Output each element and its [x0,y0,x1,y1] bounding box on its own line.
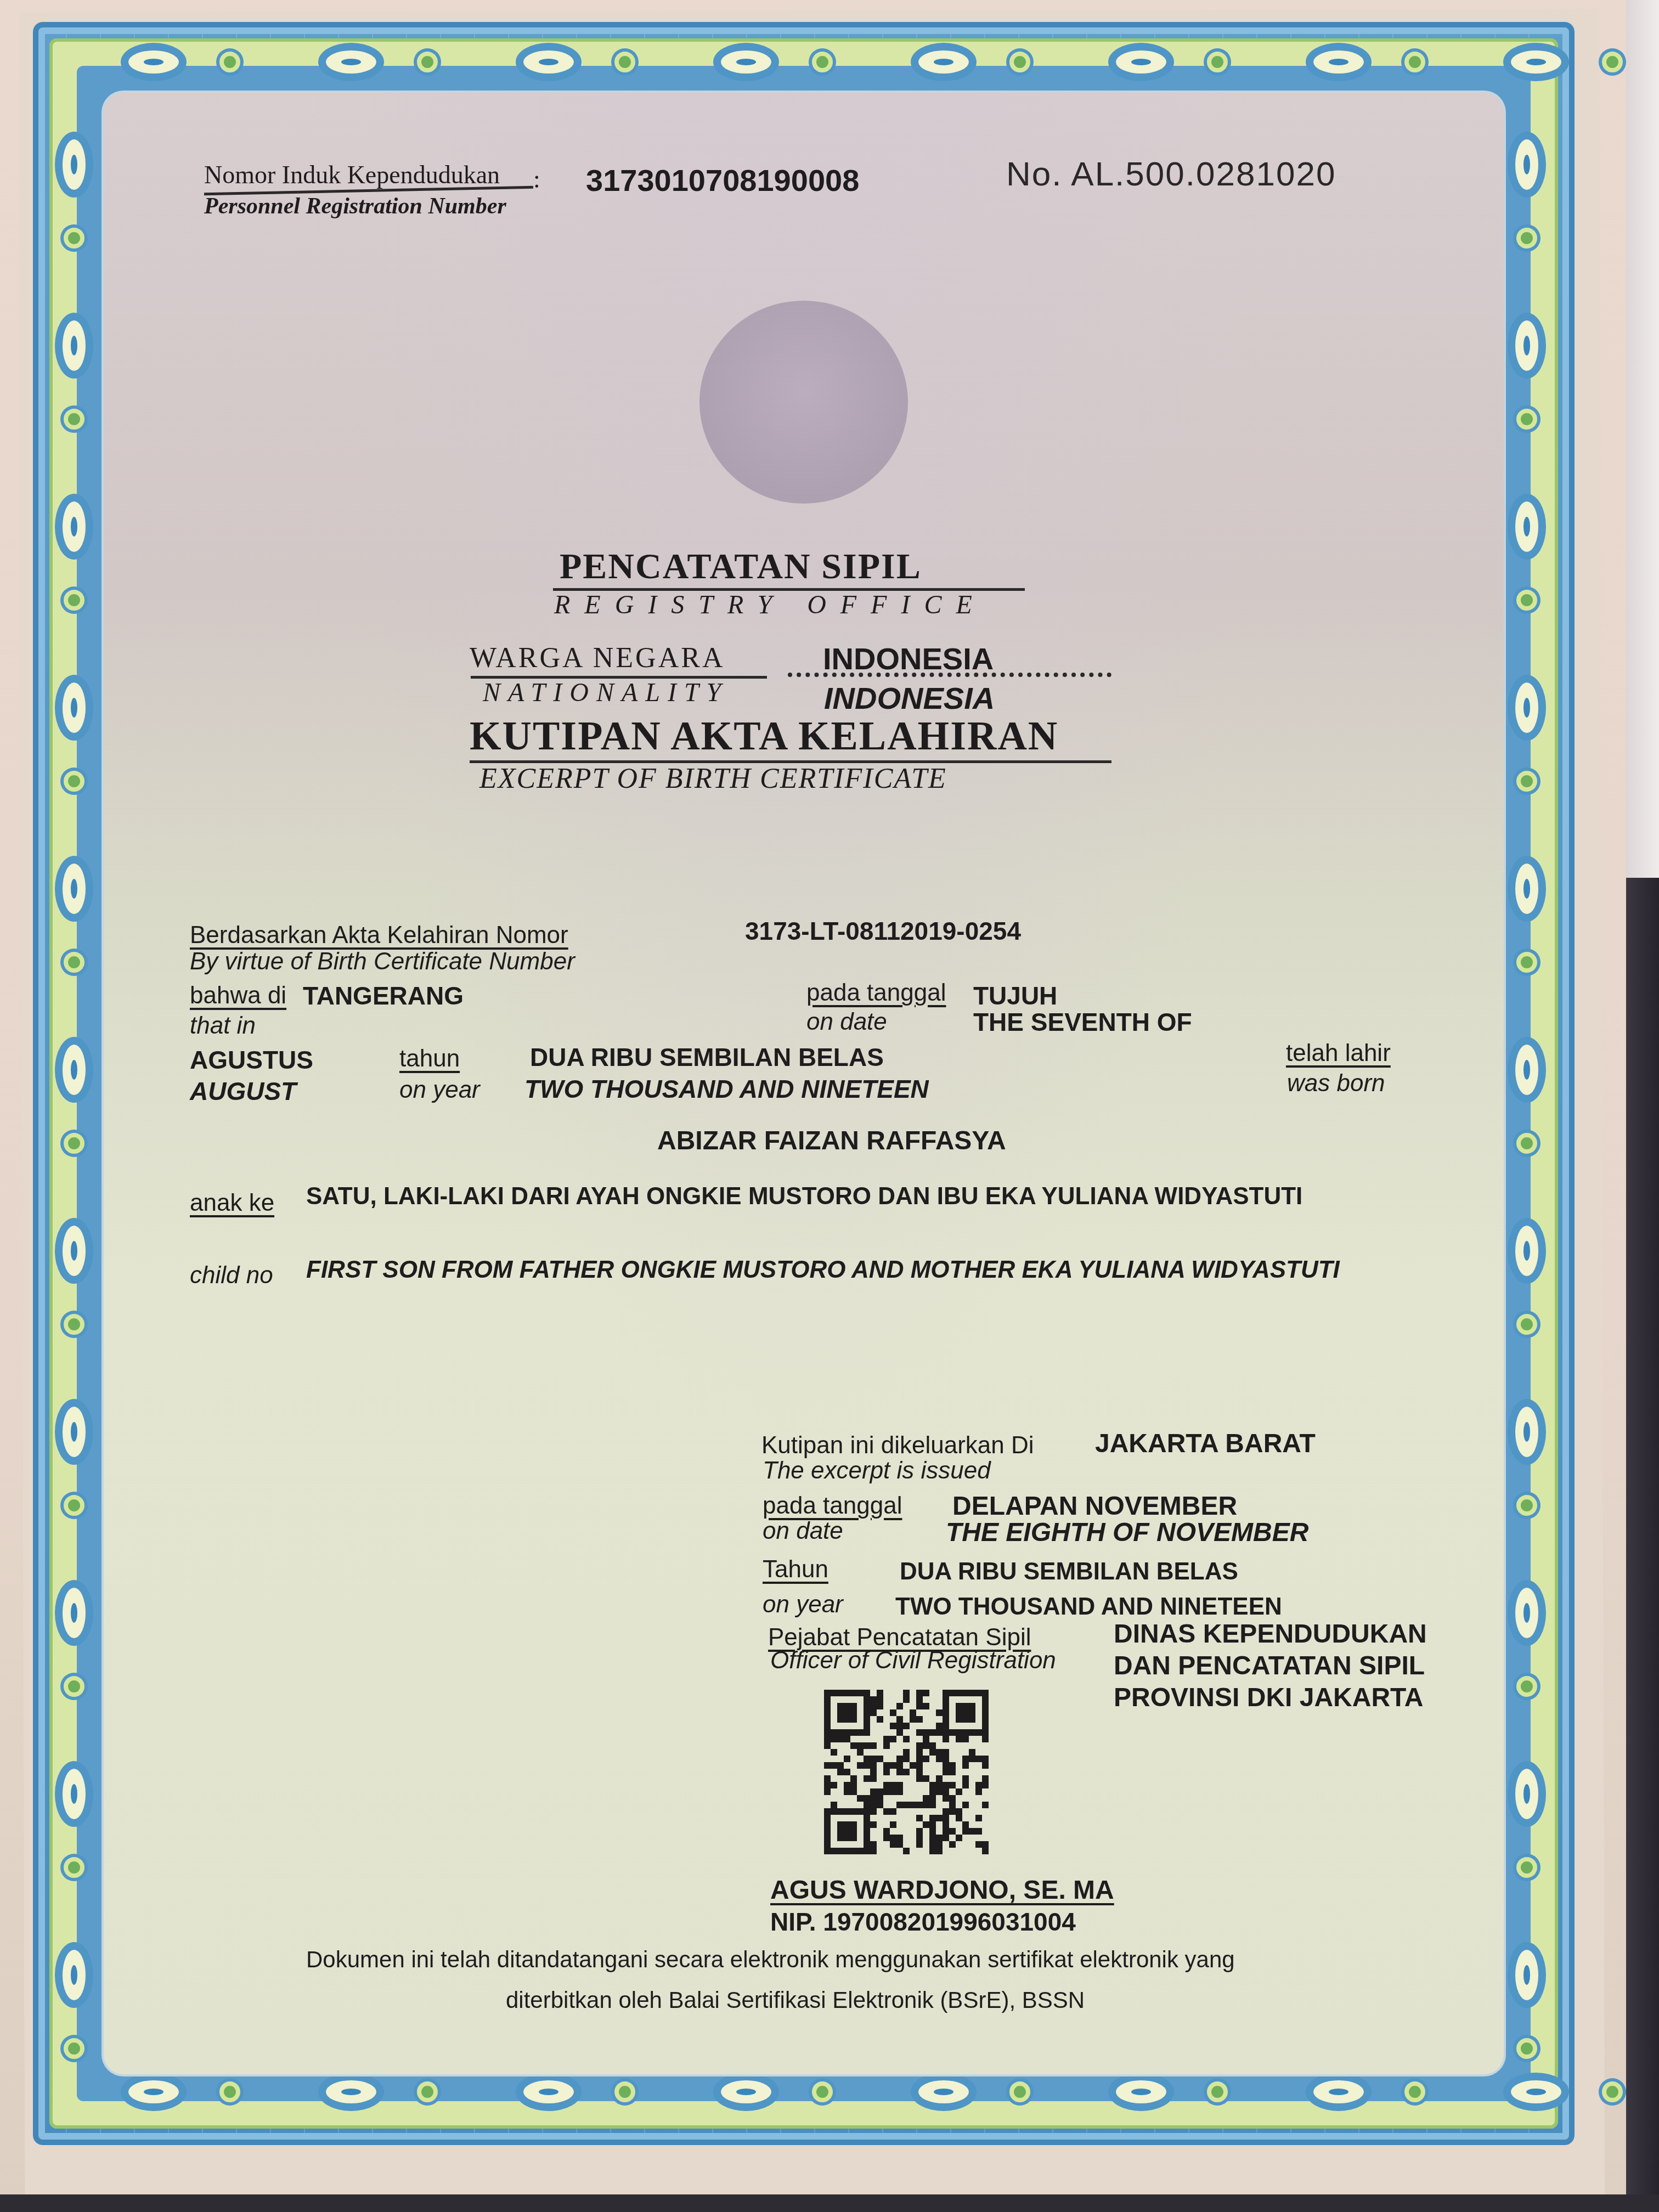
child-name: ABIZAR FAIZAN RAFFASYA [657,1126,1006,1156]
border-ornament-icon [55,313,93,379]
birth-place-label-en: that in [190,1012,256,1040]
border-ornament-icon [1108,2073,1174,2111]
border-ornament-icon [1503,43,1569,81]
e-signature-notice-line2: diterbitkan oleh Balai Sertifikasi Elekt… [506,1987,1085,2013]
border-ornament-icon [219,2081,240,2102]
border-ornament-icon [64,1495,84,1516]
border-ornament-icon [1516,771,1537,792]
border-ornament-icon [55,132,93,198]
signer-nip: NIP. 197008201996031004 [770,1907,1076,1937]
border-ornament-icon [1508,494,1546,560]
border-ornament-icon [219,52,240,72]
office-title: PENCATATAN SIPIL [560,546,922,588]
border-ornament-icon [713,43,779,81]
border-ornament-icon [1306,2073,1372,2111]
birth-place-label: bahwa di [190,982,286,1009]
border-ornament-icon [64,771,84,792]
border-ornament-icon [1508,132,1546,198]
birth-month: AGUSTUS [190,1045,313,1075]
born-label: telah lahir [1286,1040,1391,1067]
border-ornament-icon [1516,590,1537,611]
document-title: KUTIPAN AKTA KELAHIRAN [470,713,1058,760]
border-ornament-icon [55,1580,93,1646]
birth-date-value-en: THE SEVENTH OF [973,1007,1192,1037]
border-ornament-icon [911,43,977,81]
certificate-number-label-en: By virtue of Birth Certificate Number [190,948,575,975]
border-ornament-icon [1516,228,1537,249]
border-ornament-icon [1404,52,1425,72]
border-ornament-icon [55,856,93,922]
border-ornament-icon [64,952,84,973]
e-signature-notice-line1: Dokumen ini telah ditandatangani secara … [306,1946,1235,1973]
border-ornament-icon [1508,313,1546,379]
border-ornament-icon [516,2073,582,2111]
border-ornament-icon [1516,409,1537,430]
border-ornament-icon [64,409,84,430]
border-ornament-icon [64,1676,84,1697]
born-label-en: was born [1287,1070,1385,1097]
background-right-dark [1626,878,1659,2212]
border-ornament-icon [64,2038,84,2059]
border-ornament-icon [55,1037,93,1103]
issued-date-label-en: on date [763,1517,843,1545]
child-order-value-en: FIRST SON FROM FATHER ONGKIE MUSTORO AND… [306,1256,1340,1284]
border-ornament-icon [64,1857,84,1878]
border-ornament-icon [64,590,84,611]
birth-year-value-en: TWO THOUSAND AND NINETEEN [524,1074,929,1104]
border-ornament-icon [1009,52,1030,72]
border-ornament-icon [1516,1676,1537,1697]
border-ornament-icon [1508,1037,1546,1103]
border-ornament-icon [55,494,93,560]
border-ornament-icon [55,1761,93,1827]
border-ornament-icon [1508,856,1546,922]
nik-label: Nomor Induk Kependudukan [204,160,500,189]
nationality-dotted-line [788,673,1111,677]
birth-year-label-en: on year [399,1076,480,1104]
border-ornament-icon [121,43,187,81]
birth-month-en: AUGUST [190,1076,296,1106]
nationality-label: WARGA NEGARA [470,642,725,674]
border-ornament-icon [1009,2081,1030,2102]
issued-year-label: Tahun [763,1556,828,1583]
border-ornament-icon [1516,952,1537,973]
certificate-number-value: 3173-LT-08112019-0254 [745,916,1021,946]
child-order-label: anak ke [190,1189,274,1217]
border-ornament-icon [417,2081,438,2102]
border-ornament-icon [1516,1314,1537,1335]
background-bottom [0,2194,1659,2212]
birth-year-value: DUA RIBU SEMBILAN BELAS [530,1042,884,1072]
nationality-label-en: NATIONALITY [483,678,729,708]
birth-date-value: TUJUH [973,981,1057,1011]
border-ornament-icon [812,2081,833,2102]
child-order-value: SATU, LAKI-LAKI DARI AYAH ONGKIE MUSTORO… [306,1183,1302,1210]
issued-year-value: DUA RIBU SEMBILAN BELAS [900,1558,1238,1585]
nik-label-en: Personnel Registration Number [204,193,506,219]
border-ornament-icon [55,1942,93,2008]
issued-date-value-en: THE EIGHTH OF NOVEMBER [946,1517,1308,1548]
qr-code-icon [824,1690,989,1854]
border-ornament-icon [1602,52,1623,72]
birth-date-label: pada tanggal [806,979,946,1007]
issued-place-label-en: The excerpt is issued [763,1457,991,1485]
border-ornament-icon [1207,2081,1228,2102]
border-ornament-icon [516,43,582,81]
border-ornament-icon [1508,1580,1546,1646]
nationality-value: INDONESIA [823,641,994,676]
border-ornament-icon [64,228,84,249]
border-ornament-icon [417,52,438,72]
office-title-en: REGISTRY OFFICE [554,590,986,620]
officer-label-en: Officer of Civil Registration [770,1647,1056,1674]
border-ornament-icon [318,2073,384,2111]
birth-place-value: TANGERANG [303,981,464,1011]
signer-name: AGUS WARDJONO, SE. MA [770,1875,1114,1905]
border-ornament-icon [614,2081,635,2102]
border-ornament-icon [318,43,384,81]
border-ornament-icon [55,675,93,741]
certificate-number-label: Berdasarkan Akta Kelahiran Nomor [190,922,568,949]
border-ornament-icon [64,1314,84,1335]
border-ornament-icon [1508,675,1546,741]
background-right-light [1626,0,1659,878]
border-ornament-icon [1516,1495,1537,1516]
border-ornament-icon [55,1218,93,1284]
border-ornament-icon [1516,1857,1537,1878]
border-ornament-icon [121,2073,187,2111]
issued-place-label: Kutipan ini dikeluarkan Di [761,1432,1034,1459]
border-ornament-icon [812,52,833,72]
issued-year-label-en: on year [763,1591,843,1618]
border-ornament-icon [1503,2073,1569,2111]
border-ornament-icon [713,2073,779,2111]
border-ornament-icon [911,2073,977,2111]
issued-date-value: DELAPAN NOVEMBER [952,1491,1237,1521]
birth-date-label-en: on date [806,1008,887,1036]
child-order-label-en: child no [190,1262,273,1289]
officer-agency: DINAS KEPENDUDUKAN DAN PENCATATAN SIPIL … [1114,1618,1427,1714]
birth-year-label: tahun [399,1045,460,1073]
border-ornament-icon [1516,1133,1537,1154]
border-ornament-icon [64,1133,84,1154]
garuda-seal-icon [699,301,908,504]
border-ornament-icon [1207,52,1228,72]
border-ornament-icon [614,52,635,72]
border-ornament-icon [1508,1761,1546,1827]
nik-value: 3173010708190008 [586,162,859,198]
issued-date-label: pada tanggal [763,1492,902,1520]
border-ornament-icon [1404,2081,1425,2102]
nik-colon: : [533,165,540,194]
border-ornament-icon [55,1399,93,1465]
border-ornament-icon [1108,43,1174,81]
border-ornament-icon [1508,1399,1546,1465]
issued-place-value: JAKARTA BARAT [1095,1429,1316,1459]
border-ornament-icon [1508,1218,1546,1284]
border-ornament-icon [1602,2081,1623,2102]
nationality-value-en: INDONESIA [824,680,995,716]
document-title-en: EXCERPT OF BIRTH CERTIFICATE [479,763,947,795]
border-ornament-icon [1508,1942,1546,2008]
border-ornament-icon [1516,2038,1537,2059]
serial-number: No. AL.500.0281020 [1006,155,1336,194]
issued-year-value-en: TWO THOUSAND AND NINETEEN [895,1593,1282,1621]
border-ornament-icon [1306,43,1372,81]
